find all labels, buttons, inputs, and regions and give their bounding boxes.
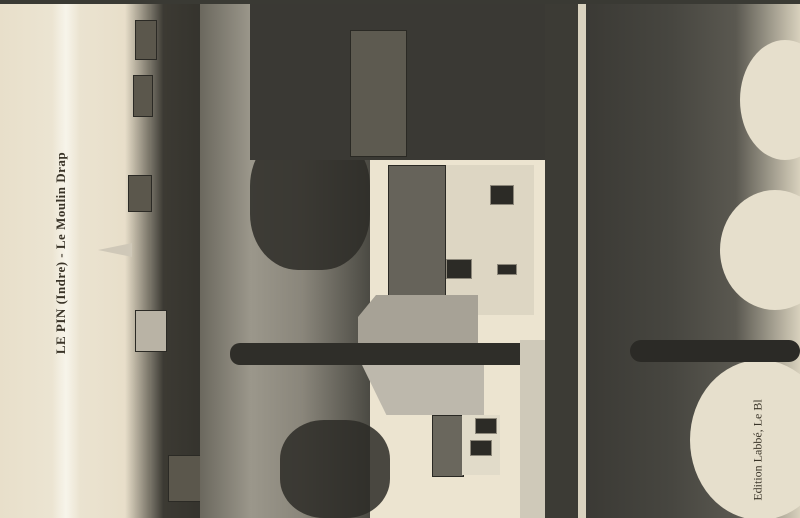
mill-lower-roof: [362, 365, 484, 415]
postcard-title: LE PIN (Indre) - Le Moulin Drap: [51, 108, 71, 398]
mill-lower-roof: [358, 295, 478, 350]
mill-roof: [388, 165, 446, 317]
church-spire: [98, 243, 132, 257]
tree-canopy: [250, 0, 580, 160]
annex-window: [475, 418, 497, 434]
village-house-roof: [128, 175, 152, 212]
annex-window: [470, 440, 492, 456]
village-house-roof: [135, 310, 167, 352]
village-house-roof: [135, 20, 157, 60]
mill-window: [490, 185, 514, 205]
annex-roof: [432, 415, 464, 477]
scan-edge: [0, 0, 800, 4]
publisher-credit: Edition Labbé, Le Bl: [746, 385, 770, 515]
mill-window: [497, 264, 517, 275]
postcard-image: LE PIN (Indre) - Le Moulin Drap Edition …: [0, 0, 800, 518]
publisher-credit-text: Edition Labbé, Le Bl: [751, 399, 766, 500]
postcard-title-text: LE PIN (Indre) - Le Moulin Drap: [53, 152, 69, 354]
ivy-covered-tree: [230, 343, 530, 365]
waterline: [578, 0, 586, 518]
mill-window: [446, 259, 472, 279]
village-house-roof: [133, 75, 153, 117]
tree-reflection: [630, 340, 800, 362]
mill-outbuilding-roof: [350, 30, 407, 157]
hedge: [280, 420, 390, 518]
